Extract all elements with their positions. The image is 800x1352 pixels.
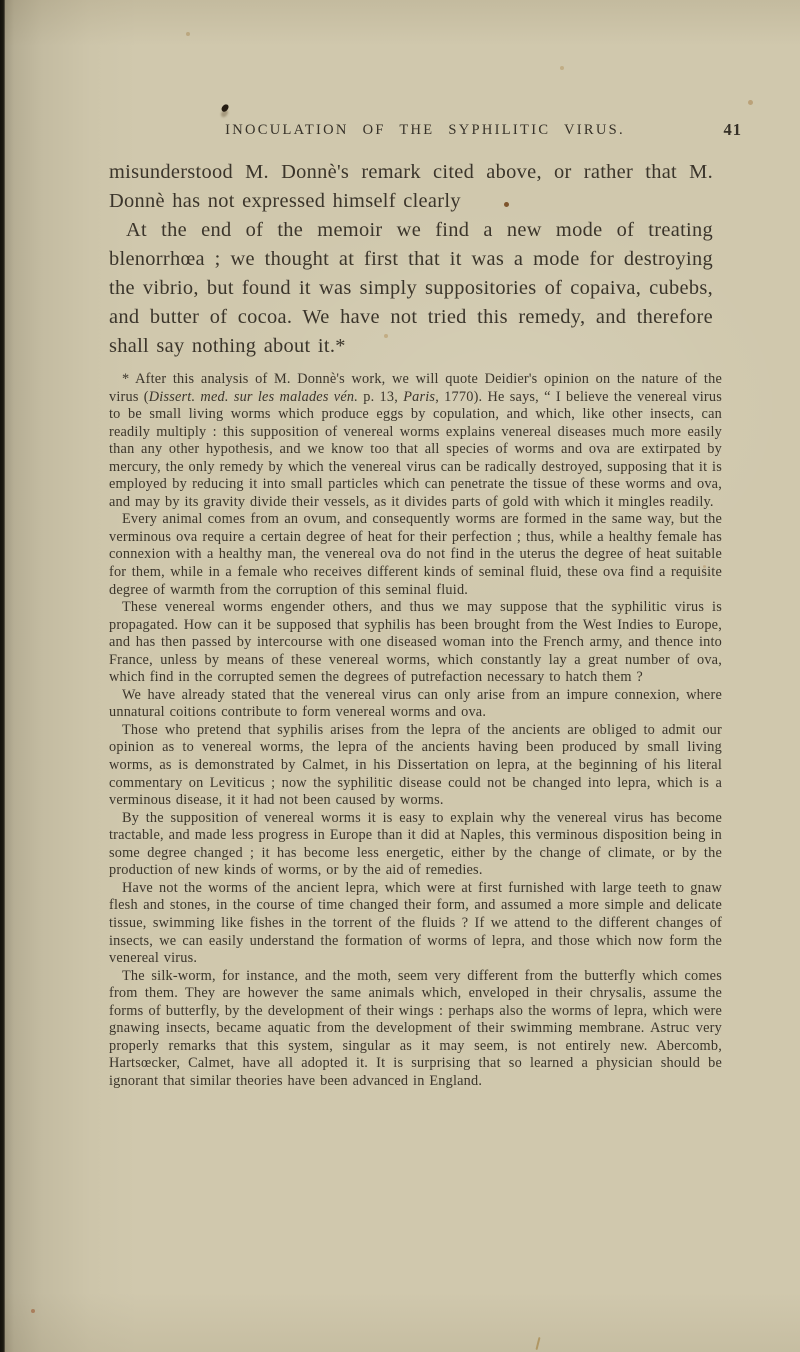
paper-stain	[186, 32, 190, 36]
paragraph: At the end of the memoir we find a new m…	[109, 216, 713, 361]
paper-stain	[31, 1309, 35, 1313]
scan-edge-strip	[0, 0, 5, 1352]
footnote-block: * After this analysis of M. Donnè's work…	[109, 371, 722, 1090]
footnote-paragraph: * After this analysis of M. Donnè's work…	[109, 371, 722, 511]
footnote-paragraph: By the supposition of venereal worms it …	[109, 810, 722, 880]
paper-scratch	[535, 1337, 540, 1350]
footnote-paragraph: The silk-worm, for instance, and the mot…	[109, 968, 722, 1091]
page-header: INOCULATION OF THE SYPHILITIC VIRUS. 41	[108, 122, 742, 144]
page-number: 41	[724, 120, 743, 140]
paper-stain	[560, 66, 564, 70]
footnote-paragraph: Every animal comes from an ovum, and con…	[109, 511, 722, 599]
paper-stain	[748, 100, 753, 105]
main-text-block: misunderstood M. Donnè's remark cited ab…	[109, 158, 713, 361]
footnote-text: , 1770). He says, “ I believe the venere…	[109, 389, 722, 510]
footnote-paragraph: These venereal worms engender others, an…	[109, 599, 722, 687]
footnote-citation: Paris	[403, 389, 435, 405]
footnote-paragraph: We have already stated that the venereal…	[109, 687, 722, 722]
paragraph: misunderstood M. Donnè's remark cited ab…	[109, 158, 713, 216]
running-title: INOCULATION OF THE SYPHILITIC VIRUS.	[108, 122, 742, 139]
footnote-citation: Dissert. med. sur les malades vén.	[149, 389, 358, 405]
footnote-paragraph: Have not the worms of the ancient lepra,…	[109, 880, 722, 968]
footnote-text: p. 13,	[358, 389, 403, 405]
book-page: INOCULATION OF THE SYPHILITIC VIRUS. 41 …	[0, 0, 800, 1352]
ink-speck	[220, 103, 229, 113]
footnote-paragraph: Those who pretend that syphilis arises f…	[109, 722, 722, 810]
